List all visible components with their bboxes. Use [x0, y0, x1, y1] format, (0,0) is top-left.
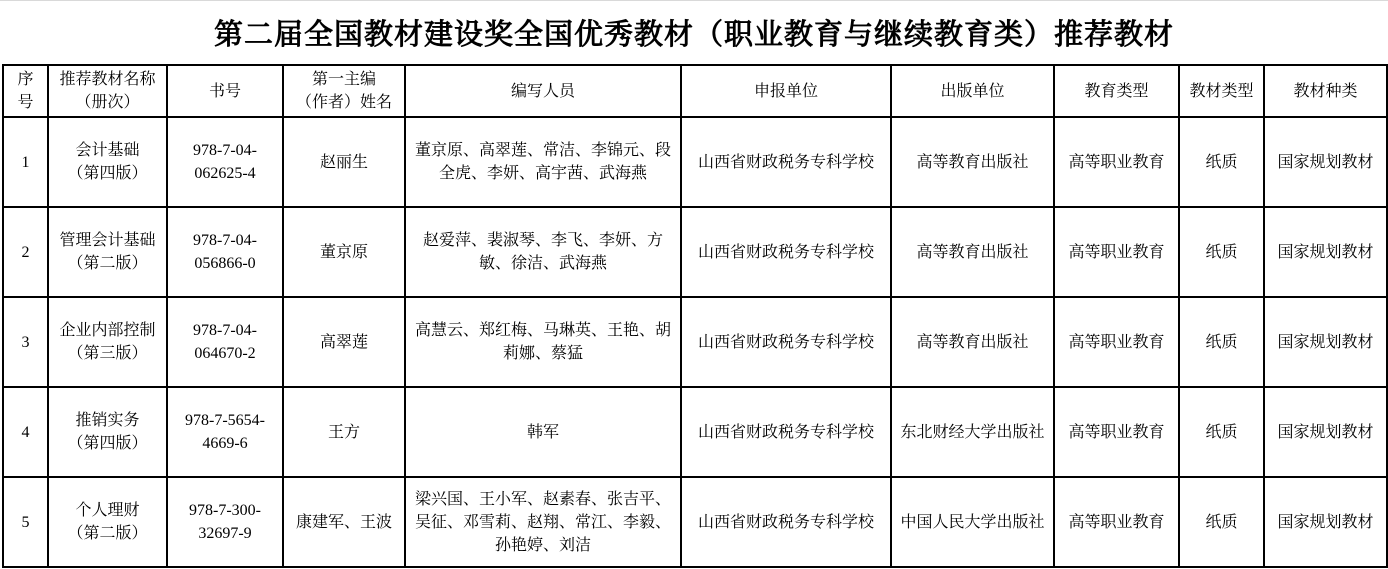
header-material-type: 教材类型	[1179, 65, 1264, 117]
cell-serial: 5	[3, 477, 48, 567]
cell-publisher: 高等教育出版社	[891, 297, 1054, 387]
cell-book-title: 企业内部控制（第三版）	[48, 297, 167, 387]
header-chief-editor: 第一主编（作者）姓名	[283, 65, 405, 117]
cell-book-title: 个人理财（第二版）	[48, 477, 167, 567]
header-book-title-line1: 推荐教材名称	[55, 68, 160, 91]
cell-material-type: 纸质	[1179, 207, 1264, 297]
book-title-edition: （第四版）	[55, 162, 160, 185]
cell-chief-editor: 王方	[283, 387, 405, 477]
cell-applicant: 山西省财政税务专科学校	[681, 387, 891, 477]
table-row: 1 会计基础（第四版） 978-7-04-062625-4 赵丽生 董京原、高翠…	[3, 117, 1387, 207]
header-row: 序号 推荐教材名称（册次） 书号 第一主编（作者）姓名 编写人员 申报单位 出版…	[3, 65, 1387, 117]
cell-serial: 2	[3, 207, 48, 297]
header-serial-label: 序号	[10, 68, 41, 114]
cell-education-type: 高等职业教育	[1054, 477, 1179, 567]
header-material-type-label: 教材类型	[1186, 80, 1257, 103]
book-title-name: 个人理财	[55, 499, 160, 522]
cell-material-type: 纸质	[1179, 117, 1264, 207]
header-isbn-label: 书号	[174, 80, 276, 103]
cell-material-type: 纸质	[1179, 477, 1264, 567]
cell-book-title: 会计基础（第四版）	[48, 117, 167, 207]
cell-book-title: 管理会计基础（第二版）	[48, 207, 167, 297]
table-row: 4 推销实务（第四版） 978-7-5654-4669-6 王方 韩军 山西省财…	[3, 387, 1387, 477]
cell-education-type: 高等职业教育	[1054, 207, 1179, 297]
cell-material-category: 国家规划教材	[1264, 117, 1387, 207]
page-title: 第二届全国教材建设奖全国优秀教材（职业教育与继续教育类）推荐教材	[0, 1, 1388, 64]
book-title-name: 企业内部控制	[55, 319, 160, 342]
cell-material-category: 国家规划教材	[1264, 477, 1387, 567]
cell-writers: 董京原、高翠莲、常洁、李锦元、段全虎、李妍、高宇茜、武海燕	[405, 117, 681, 207]
book-title-name: 推销实务	[55, 409, 160, 432]
header-chief-editor-line1: 第一主编	[290, 68, 398, 91]
table-row: 5 个人理财（第二版） 978-7-300-32697-9 康建军、王波 梁兴国…	[3, 477, 1387, 567]
book-title-name: 会计基础	[55, 139, 160, 162]
header-applicant-label: 申报单位	[688, 80, 884, 103]
cell-material-type: 纸质	[1179, 297, 1264, 387]
header-chief-editor-line2: （作者）姓名	[290, 91, 398, 114]
header-book-title-line2: （册次）	[55, 91, 160, 114]
cell-writers: 高慧云、郑红梅、马琳英、王艳、胡莉娜、蔡猛	[405, 297, 681, 387]
book-title-edition: （第三版）	[55, 342, 160, 365]
book-title-name: 管理会计基础	[55, 229, 160, 252]
cell-chief-editor: 董京原	[283, 207, 405, 297]
cell-material-type: 纸质	[1179, 387, 1264, 477]
cell-applicant: 山西省财政税务专科学校	[681, 297, 891, 387]
table-row: 3 企业内部控制（第三版） 978-7-04-064670-2 高翠莲 高慧云、…	[3, 297, 1387, 387]
cell-education-type: 高等职业教育	[1054, 297, 1179, 387]
cell-applicant: 山西省财政税务专科学校	[681, 207, 891, 297]
cell-writers: 赵爱萍、裴淑琴、李飞、李妍、方敏、徐洁、武海燕	[405, 207, 681, 297]
header-serial: 序号	[3, 65, 48, 117]
cell-material-category: 国家规划教材	[1264, 387, 1387, 477]
cell-isbn: 978-7-300-32697-9	[167, 477, 283, 567]
header-material-category: 教材种类	[1264, 65, 1387, 117]
cell-publisher: 高等教育出版社	[891, 117, 1054, 207]
cell-serial: 4	[3, 387, 48, 477]
cell-applicant: 山西省财政税务专科学校	[681, 117, 891, 207]
header-book-title: 推荐教材名称（册次）	[48, 65, 167, 117]
header-education-type-label: 教育类型	[1061, 80, 1172, 103]
cell-chief-editor: 高翠莲	[283, 297, 405, 387]
header-publisher: 出版单位	[891, 65, 1054, 117]
cell-isbn: 978-7-5654-4669-6	[167, 387, 283, 477]
header-material-category-label: 教材种类	[1271, 80, 1380, 103]
cell-material-category: 国家规划教材	[1264, 207, 1387, 297]
header-writers: 编写人员	[405, 65, 681, 117]
cell-education-type: 高等职业教育	[1054, 117, 1179, 207]
cell-serial: 3	[3, 297, 48, 387]
cell-chief-editor: 赵丽生	[283, 117, 405, 207]
book-title-edition: （第二版）	[55, 252, 160, 275]
cell-isbn: 978-7-04-062625-4	[167, 117, 283, 207]
cell-publisher: 高等教育出版社	[891, 207, 1054, 297]
cell-applicant: 山西省财政税务专科学校	[681, 477, 891, 567]
cell-education-type: 高等职业教育	[1054, 387, 1179, 477]
cell-writers: 梁兴国、王小军、赵素春、张吉平、吴征、邓雪莉、赵翔、常江、李毅、孙艳婷、刘洁	[405, 477, 681, 567]
cell-material-category: 国家规划教材	[1264, 297, 1387, 387]
cell-publisher: 东北财经大学出版社	[891, 387, 1054, 477]
cell-writers: 韩军	[405, 387, 681, 477]
header-writers-label: 编写人员	[412, 80, 674, 103]
book-title-edition: （第四版）	[55, 432, 160, 455]
cell-isbn: 978-7-04-056866-0	[167, 207, 283, 297]
cell-publisher: 中国人民大学出版社	[891, 477, 1054, 567]
header-applicant: 申报单位	[681, 65, 891, 117]
header-isbn: 书号	[167, 65, 283, 117]
cell-serial: 1	[3, 117, 48, 207]
header-publisher-label: 出版单位	[898, 80, 1047, 103]
cell-book-title: 推销实务（第四版）	[48, 387, 167, 477]
header-education-type: 教育类型	[1054, 65, 1179, 117]
table-row: 2 管理会计基础（第二版） 978-7-04-056866-0 董京原 赵爱萍、…	[3, 207, 1387, 297]
recommended-textbooks-table: 序号 推荐教材名称（册次） 书号 第一主编（作者）姓名 编写人员 申报单位 出版…	[2, 64, 1388, 568]
cell-chief-editor: 康建军、王波	[283, 477, 405, 567]
book-title-edition: （第二版）	[55, 522, 160, 545]
document-page: 第二届全国教材建设奖全国优秀教材（职业教育与继续教育类）推荐教材 序号 推荐教材…	[0, 0, 1388, 569]
cell-isbn: 978-7-04-064670-2	[167, 297, 283, 387]
